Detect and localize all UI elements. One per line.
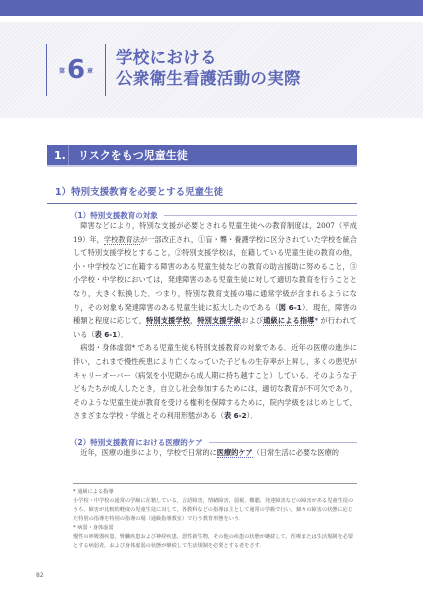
chapter-number: 6 bbox=[67, 57, 85, 83]
keyword-special-support-class: 特別支援学級 bbox=[197, 316, 241, 326]
chapter-title: 学校における 公衆衛生看護活動の実際 bbox=[116, 47, 301, 89]
section-heading: 1. リスクをもつ児童生徒 bbox=[47, 145, 357, 165]
keyword-special-support-school: 特別支援学校 bbox=[146, 316, 190, 326]
footnote-divider bbox=[73, 483, 357, 484]
section-title: リスクをもつ児童生徒 bbox=[69, 147, 188, 163]
page-number: 82 bbox=[36, 572, 44, 579]
chapter-title-line2: 公衆衛生看護活動の実際 bbox=[116, 68, 301, 89]
paragraph-1: 障害などにより，特別な支援が必要とされる児童生徒への教育制度は，2007（平成 … bbox=[73, 219, 357, 341]
paragraph-2: 病弱・身体虚弱* である児童生徒も特別支援教育の対象である．近年の医療の進歩に伴… bbox=[73, 341, 357, 423]
footnote-term: * 通級による指導 bbox=[73, 488, 357, 497]
heading-rule bbox=[164, 215, 357, 216]
body-paragraphs: 障害などにより，特別な支援が必要とされる児童生徒への教育制度は，2007（平成 … bbox=[73, 219, 357, 423]
section-number: 1. bbox=[47, 145, 69, 165]
footnote-text: 小学校・中学校の通常の学級に在籍している，言語障害，情緒障害，弱視，難聴，発達障… bbox=[73, 497, 357, 524]
footnote-term: * 病弱・身体虚弱 bbox=[73, 524, 357, 533]
paragraph-3: 近年，医療の進歩により，学校で日常的に医療的ケア（日常生活に必要な医療的 bbox=[73, 446, 357, 460]
chapter-prefix: 第 bbox=[59, 66, 65, 75]
keyword-resource-room-instruction: 通級による指導 bbox=[263, 316, 314, 326]
table-reference[interactable]: 表 6-2 bbox=[224, 411, 247, 420]
chapter-number-label: 第 6 章 bbox=[46, 44, 106, 96]
subsection-heading: 1）特別支援教育を必要とする児童生徒 bbox=[47, 184, 357, 204]
chapter-title-line1: 学校における bbox=[116, 47, 301, 68]
figure-reference[interactable]: 図 6-1 bbox=[279, 303, 302, 312]
heading-rule bbox=[209, 442, 357, 443]
body-paragraph-3: 近年，医療の進歩により，学校で日常的に医療的ケア（日常生活に必要な医療的 bbox=[73, 446, 357, 460]
top-header-bar bbox=[0, 0, 423, 16]
term-school-education-act: 学校教育法 bbox=[104, 235, 140, 245]
keyword-medical-care: 医療的ケア bbox=[217, 448, 253, 458]
footnotes: * 通級による指導 小学校・中学校の通常の学級に在籍している，言語障害，情緒障害… bbox=[73, 488, 357, 551]
table-reference[interactable]: 表 6-1 bbox=[95, 330, 118, 339]
chapter-suffix: 章 bbox=[87, 66, 93, 75]
footnote-text: 慢性の呼吸器疾患，腎臓疾患および神経疾患，悪性新生物，その他の疾患の状態が継続し… bbox=[73, 533, 357, 551]
